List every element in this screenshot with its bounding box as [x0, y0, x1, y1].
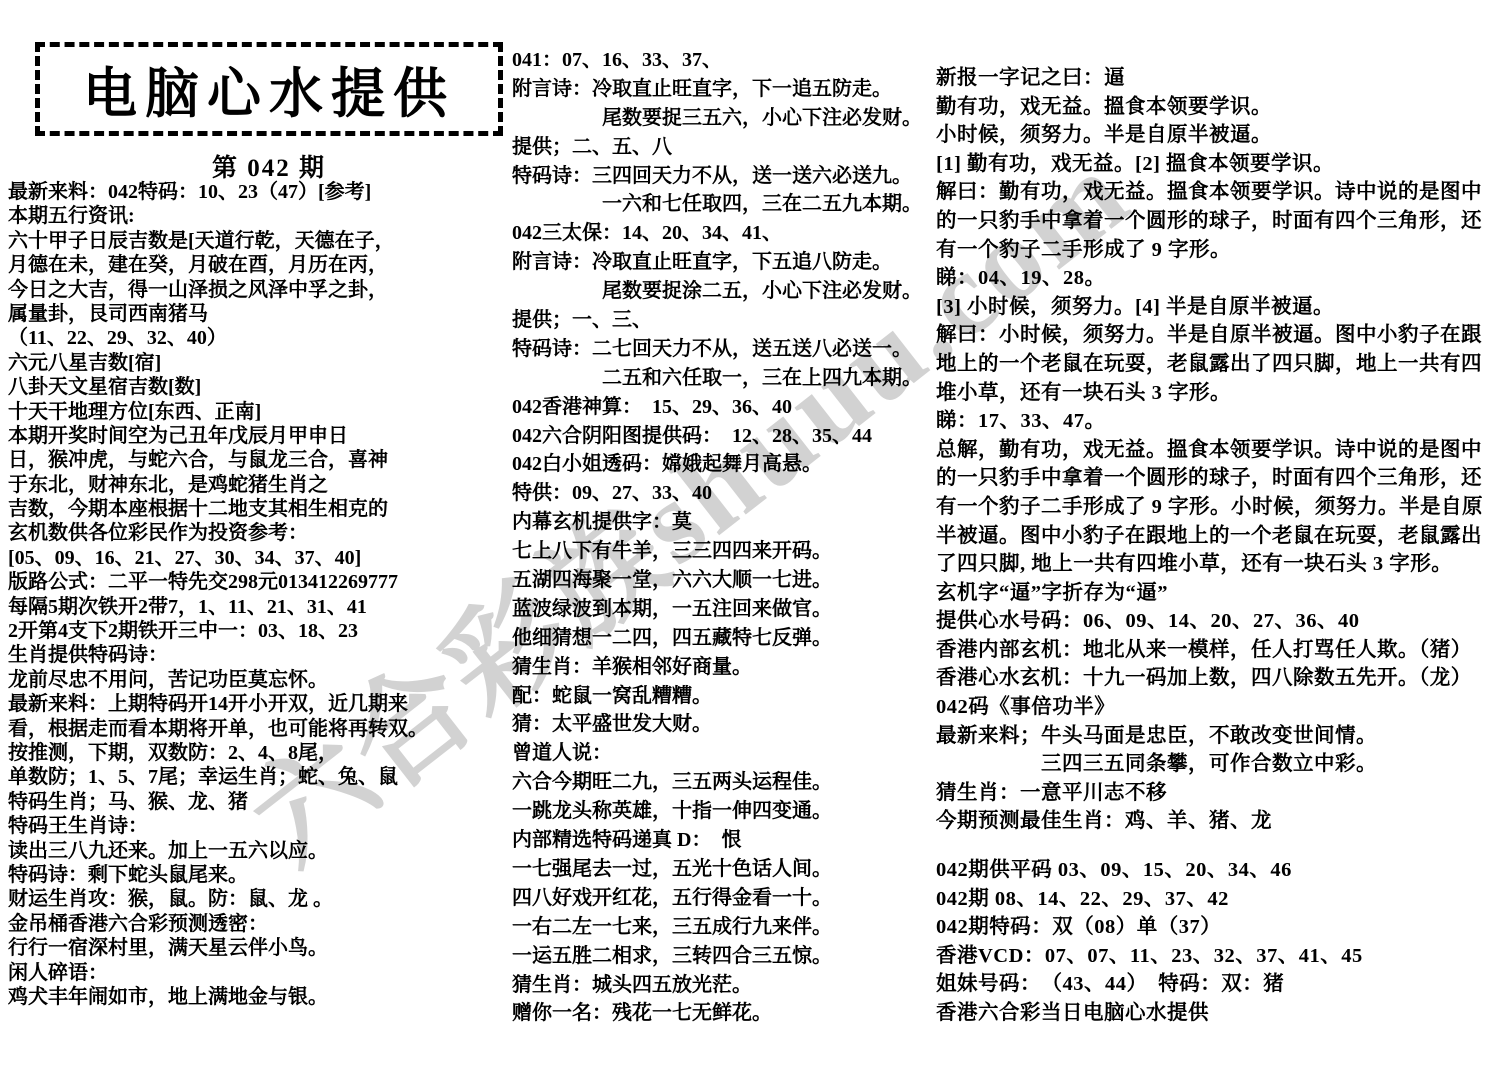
- text-line: （11、22、29、32、40）: [8, 326, 504, 350]
- text-line: [05、09、16、21、27、30、34、37、40]: [8, 546, 504, 570]
- text-line: 金吊桶香港六合彩预测透密：: [8, 912, 504, 936]
- text-line: 一跳龙头称英雄，十指一伸四变通。: [512, 797, 936, 826]
- text-line: 财运生肖攻：猴，鼠。防：鼠、龙 。: [8, 887, 504, 911]
- text-line: 附言诗：冷取直止旺直字，下一追五防走。: [512, 75, 936, 104]
- text-line: 042白小姐透码：嫦娥起舞月高悬。: [512, 450, 936, 479]
- text-line: 特码诗：三四回天力不从，送一送六必送九。: [512, 162, 936, 191]
- text-line: 一运五胜二相求，三转四合三五惊。: [512, 942, 936, 971]
- text-line: 香港VCD：07、07、11、23、32、37、41、45: [936, 942, 1498, 971]
- masthead-box: 电脑心水提供: [35, 42, 503, 136]
- text-line: 猜生肖：一意平川志不移: [936, 779, 1498, 808]
- text-line: 042六合阴阳图提供码： 12、28、35、44: [512, 422, 936, 451]
- text-line: 三四三五同条攀，可作合数立中彩。: [936, 750, 1498, 779]
- text-line: 四八好戏开红花，五行得金看一十。: [512, 884, 936, 913]
- text-line: 版路公式：二平一特先交298元013412269777: [8, 570, 504, 594]
- text-line: 半被逼。图中小豹子在跟地上的一个老鼠在玩耍，老鼠露出: [936, 522, 1498, 551]
- text-line: 042期供平码 03、09、15、20、34、46: [936, 856, 1498, 885]
- text-line: 勤有功，戏无益。搵食本领要学识。: [936, 93, 1498, 122]
- text-line: 日，猴冲虎，与蛇六合，与鼠龙三合，喜神: [8, 448, 504, 472]
- text-line: 今期预测最佳生肖：鸡、羊、猪、龙: [936, 807, 1498, 836]
- text-line: 一右二左一七来，三五成行九来伴。: [512, 913, 936, 942]
- text-line: 本期五行资讯:: [8, 204, 504, 228]
- text-line: 042三太保：14、20、34、41、: [512, 219, 936, 248]
- text-line: 042期 08、14、22、29、37、42: [936, 885, 1498, 914]
- text-line: 八卦天文星宿吉数[数]: [8, 375, 504, 399]
- text-line: 内部精选特码递真 D： 恨: [512, 826, 936, 855]
- text-line: 猜生肖：羊猴相邻好商量。: [512, 653, 936, 682]
- text-line: 总解，勤有功，戏无益。搵食本领要学识。诗中说的是图中: [936, 436, 1498, 465]
- text-line: 了四只脚, 地上一共有四堆小草，还有一块石头 3 字形。: [936, 550, 1498, 579]
- text-line: 看，根据走而看本期将开单，也可能将再转双。: [8, 717, 504, 741]
- text-line: 的一只豹手中拿着一个圆形的球子，时面有四个三角形，还: [936, 207, 1498, 236]
- column-right: 新报一字记之曰：逼勤有功，戏无益。搵食本领要学识。小时候，须努力。半是自原半被逼…: [936, 64, 1498, 1028]
- text-line: 蓝波绿波到本期，一五注回来做官。: [512, 595, 936, 624]
- text-line: 六十甲子日辰吉数是[天道行乾，天德在子，: [8, 229, 504, 253]
- issue-number: 第 042 期: [35, 148, 503, 184]
- text-line: 附言诗：冷取直止旺直字，下五追八防走。: [512, 248, 936, 277]
- text-line: 最新来料：042特码：10、23（47）[参考]: [8, 180, 504, 204]
- text-line: 香港心水玄机：十九一码加上数，四八除数五先开。（龙）: [936, 664, 1498, 693]
- text-line: 内幕玄机提供字：莫: [512, 508, 936, 537]
- text-line: 睇：04、19、28。: [936, 264, 1498, 293]
- text-line: 生肖提供特码诗：: [8, 643, 504, 667]
- text-line: 特码王生肖诗：: [8, 814, 504, 838]
- page-title: 电脑心水提供: [83, 51, 455, 128]
- text-line: 有一个豹子二手形成了 9 字形。小时候，须努力。半是自原: [936, 493, 1498, 522]
- text-line: 小时候，须努力。半是自原半被逼。: [936, 121, 1498, 150]
- text-line: [3] 小时候，须努力。[4] 半是自原半被逼。: [936, 293, 1498, 322]
- text-line: 六合今期旺二九，三五两头运程佳。: [512, 768, 936, 797]
- text-line: 042期特码：双（08）单（37）: [936, 913, 1498, 942]
- text-line: 2开第4支下2期铁开三中一：03、18、23: [8, 619, 504, 643]
- text-line: 猜：太平盛世发大财。: [512, 710, 936, 739]
- text-line: 按推测，下期，双数防：2、4、8尾，: [8, 741, 504, 765]
- text-line: 单数防；1、5、7尾；幸运生肖；蛇、兔、鼠: [8, 765, 504, 789]
- text-line: 尾数要捉涂二五，小心下注必发财。: [512, 277, 936, 306]
- text-line: 玄机数供各位彩民作为投资参考：: [8, 521, 504, 545]
- text-line: 最新来料；牛头马面是忠臣，不敢改变世间情。: [936, 722, 1498, 751]
- text-line: 十天干地理方位[东西、正南]: [8, 400, 504, 424]
- column-middle: 041：07、16、33、37、附言诗：冷取直止旺直字，下一追五防走。尾数要捉三…: [512, 46, 936, 1028]
- text-line: 042码《事倍功半》: [936, 693, 1498, 722]
- text-line: 属量卦，艮司西南猪马: [8, 302, 504, 326]
- text-line: 新报一字记之曰：逼: [936, 64, 1498, 93]
- text-line: 提供；二、五、八: [512, 133, 936, 162]
- text-line: 041：07、16、33、37、: [512, 46, 936, 75]
- text-line: 香港六合彩当日电脑心水提供: [936, 999, 1498, 1028]
- text-line: 配：蛇鼠一窝乱糟糟。: [512, 682, 936, 711]
- text-line: 赠你一名：残花一七无鲜花。: [512, 999, 936, 1028]
- text-line: 闲人碎语：: [8, 961, 504, 985]
- text-line: 二五和六任取一，三在上四九本期。: [512, 364, 936, 393]
- text-line: 姐妹号码： （43、44） 特码：双：猪: [936, 970, 1498, 999]
- text-line: 提供心水号码：06、09、14、20、27、36、40: [936, 607, 1498, 636]
- text-line: 特供：09、27、33、40: [512, 479, 936, 508]
- text-line: 曾道人说：: [512, 739, 936, 768]
- text-line: 最新来料：上期特码开14开小开双，近几期来: [8, 692, 504, 716]
- text-line: 鸡犬丰年闹如市，地上满地金与银。: [8, 985, 504, 1009]
- text-line: 尾数要捉三五六，小心下注必发财。: [512, 104, 936, 133]
- text-line: 月德在未，建在癸，月破在酉，月历在丙，: [8, 253, 504, 277]
- text-line: 每隔5期次铁开2带7，1、11、21、31、41: [8, 595, 504, 619]
- text-line: 今日之大吉，得一山泽损之风泽中孚之卦，: [8, 278, 504, 302]
- text-line: 于东北，财神东北，是鸡蛇猪生肖之: [8, 473, 504, 497]
- text-line: 吉数，今期本座根据十二地支其相生相克的: [8, 497, 504, 521]
- text-line: 五湖四海聚一堂，六六大顺一七进。: [512, 566, 936, 595]
- text-line: 他细猜想一二四，四五藏特七反弹。: [512, 624, 936, 653]
- column-left: 最新来料：042特码：10、23（47）[参考]本期五行资讯:六十甲子日辰吉数是…: [8, 180, 504, 1009]
- text-line: 解曰：小时候，须努力。半是自原半被逼。图中小豹子在跟: [936, 321, 1498, 350]
- text-line: 读出三八九还来。加上一五六以应。: [8, 839, 504, 863]
- text-line: 本期开奖时间空为己丑年戊辰月甲申日: [8, 424, 504, 448]
- text-line: 堆小草，还有一块石头 3 字形。: [936, 379, 1498, 408]
- text-line: 睇：17、33、47。: [936, 407, 1498, 436]
- text-line: 特码诗：二七回天力不从，送五送八必送一。: [512, 335, 936, 364]
- text-line: 一七强尾去一过，五光十色话人间。: [512, 855, 936, 884]
- text-line: 猜生肖：城头四五放光茫。: [512, 971, 936, 1000]
- text-line: 特码生肖；马、猴、龙、猪: [8, 790, 504, 814]
- text-line: 的一只豹手中拿着一个圆形的球子，时面有四个三角形，还: [936, 464, 1498, 493]
- text-line: 提供；一、三、: [512, 306, 936, 335]
- text-line: [1] 勤有功，戏无益。[2] 搵食本领要学识。: [936, 150, 1498, 179]
- text-line: 一六和七任取四，三在二五九本期。: [512, 190, 936, 219]
- text-line: 七上八下有牛羊，三三四四来开码。: [512, 537, 936, 566]
- text-line: 行行一宿深村里，满天星云伴小鸟。: [8, 936, 504, 960]
- text-line: 地上的一个老鼠在玩耍，老鼠露出了四只脚，地上一共有四: [936, 350, 1498, 379]
- text-line: 解曰：勤有功，戏无益。搵食本领要学识。诗中说的是图中: [936, 178, 1498, 207]
- text-line: 特码诗：剩下蛇头鼠尾来。: [8, 863, 504, 887]
- tip-sheet-page: { "page": { "title": "电脑心水提供", "issue_la…: [0, 0, 1500, 1068]
- text-line: 有一个豹子二手形成了 9 字形。: [936, 236, 1498, 265]
- text-line: 玄机字“逼”字折存为“逼”: [936, 579, 1498, 608]
- text-line: 042香港神算： 15、29、36、40: [512, 393, 936, 422]
- text-line: 香港内部玄机：地北从来一模样，任人打骂任人欺。（猪）: [936, 636, 1498, 665]
- text-line: 龙前尽忠不用问，苦记功臣莫忘怀。: [8, 668, 504, 692]
- text-line: 六元八星吉数[宿]: [8, 351, 504, 375]
